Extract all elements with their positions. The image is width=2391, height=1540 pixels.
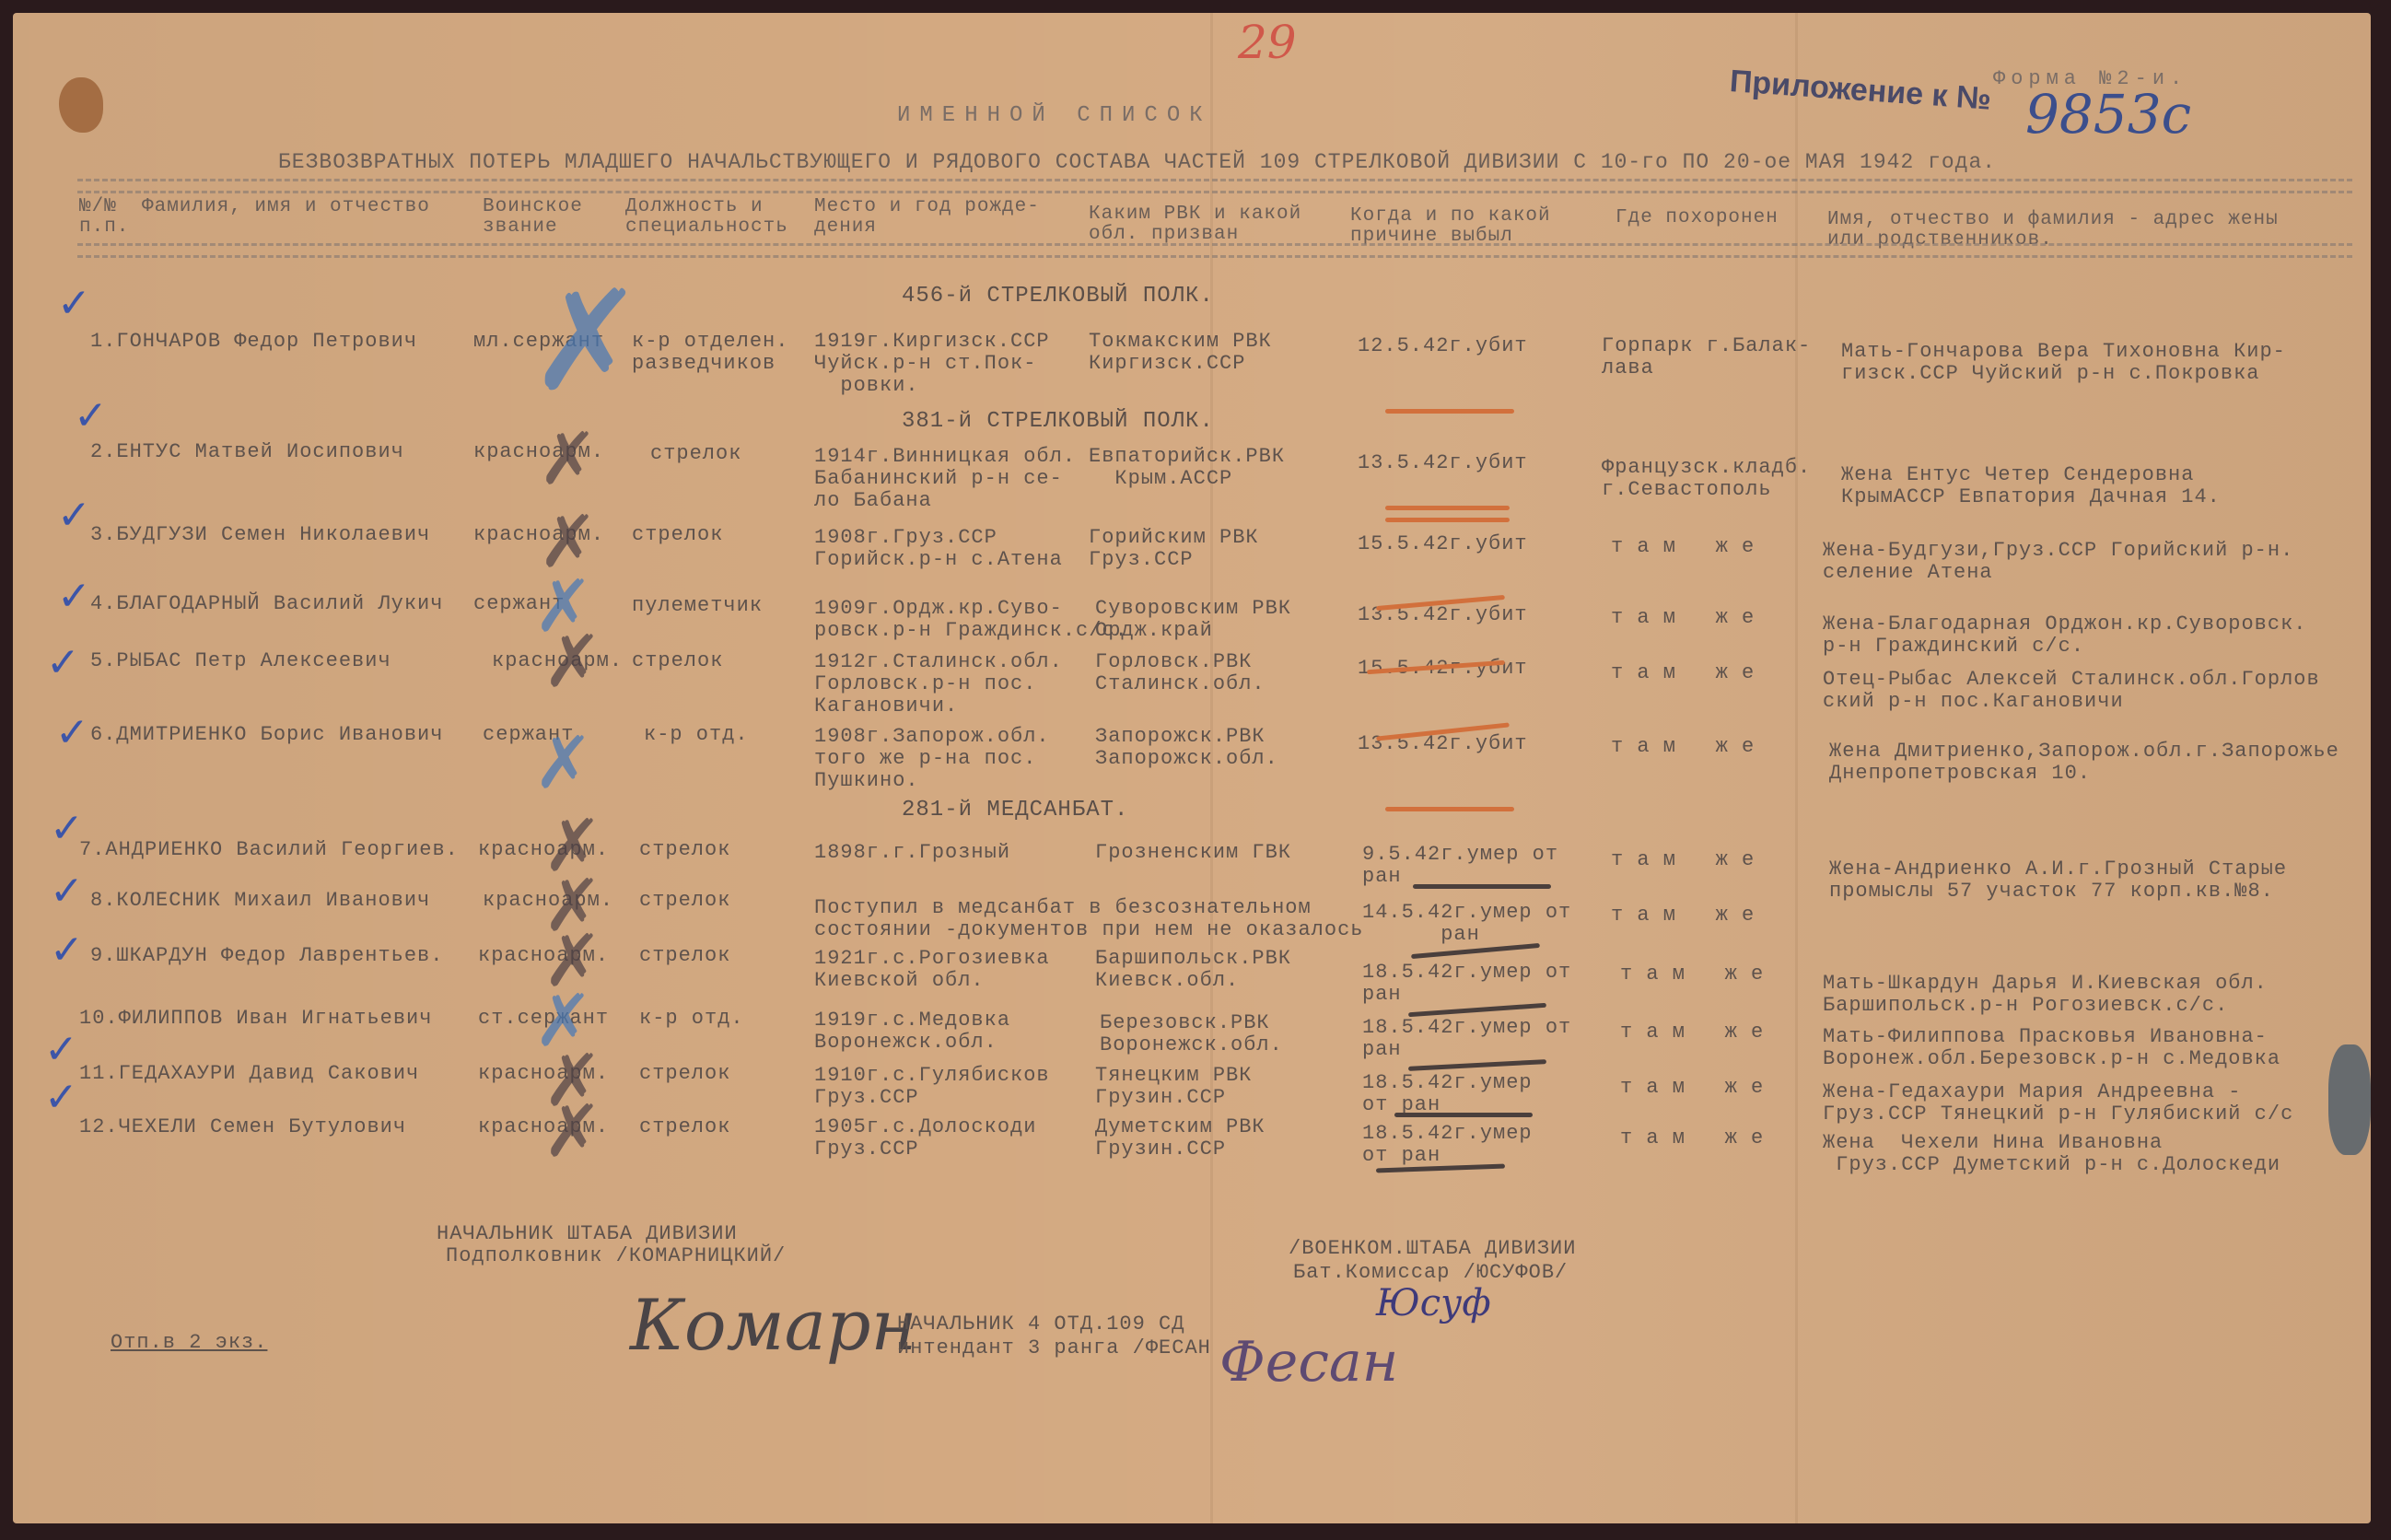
- cell-when: 15.5.42г.убит: [1358, 533, 1528, 555]
- checkmark-icon: ✓: [44, 1026, 78, 1073]
- cell-buried: т а м ж е: [1611, 607, 1755, 629]
- cell-birth: 1908г.Запорож.обл. того же р-на пос. Пуш…: [814, 726, 1050, 792]
- cell-position: к-р отд.: [639, 1008, 744, 1030]
- signature-commissar: Юсуф: [1376, 1282, 1491, 1324]
- section-title: 456-й СТРЕЛКОВЫЙ ПОЛК.: [902, 286, 1214, 308]
- pencil-underline: [1385, 807, 1514, 811]
- pencil-underline: [1408, 1059, 1546, 1071]
- cross-mark-icon: ✗: [533, 722, 593, 805]
- col-header-rank: Воинское звание: [483, 197, 583, 238]
- cell-buried: т а м ж е: [1611, 904, 1755, 927]
- cell-rvk: Токмакским РВК Киргизск.ССР: [1089, 331, 1272, 375]
- cell-name: 12.ЧЕХЕЛИ Семен Бутулович: [79, 1116, 406, 1138]
- cell-buried: т а м ж е: [1611, 536, 1755, 558]
- commissar-title: /ВОЕНКОМ.ШТАБА ДИВИЗИИ: [1289, 1238, 1576, 1260]
- cell-position: стрелок: [639, 1116, 730, 1138]
- checkmark-icon: ✓: [50, 805, 84, 852]
- cell-name: 10.ФИЛИППОВ Иван Игнатьевич: [79, 1008, 432, 1030]
- appendix-label: Приложение к №: [1729, 70, 1991, 111]
- cell-birth: 1910г.с.Гулябисков Груз.ССР: [814, 1065, 1050, 1109]
- col-header-number: №/№ п.п.: [79, 197, 129, 238]
- cross-mark-icon: ✗: [529, 262, 645, 422]
- pencil-underline: [1394, 1113, 1533, 1117]
- signature-chief-4th-dept: Фесан: [1219, 1330, 1398, 1394]
- cell-buried: т а м ж е: [1611, 662, 1755, 684]
- cell-rvk: Запорожск.РВК Запорожск.обл.: [1095, 726, 1278, 770]
- cell-position: пулеметчик: [632, 595, 763, 617]
- pencil-underline: [1385, 409, 1514, 414]
- paper-stain: [59, 77, 103, 133]
- cell-buried: т а м ж е: [1620, 1021, 1764, 1044]
- cell-birth: 1905г.с.Долоскоди Груз.ССР: [814, 1116, 1036, 1161]
- cell-birth: 1919г.с.Медовка Воронежск.обл.: [814, 1009, 1010, 1054]
- cell-name: 3.БУДГУЗИ Семен Николаевич: [90, 524, 430, 546]
- checkmark-icon: ✓: [44, 1074, 78, 1121]
- cell-buried: т а м ж е: [1620, 1127, 1764, 1149]
- cross-mark-icon: ✗: [542, 621, 602, 704]
- col-header-rvk: Каким РВК и какой обл. призван: [1089, 204, 1301, 245]
- cell-rvk: Думетским РВК Грузин.ССР: [1095, 1116, 1265, 1161]
- copies-note: Отп.в 2 экз.: [111, 1332, 267, 1354]
- document-sheet: 29 Форма №2-и. Приложение к № 9853с ИМЕН…: [13, 13, 2371, 1523]
- cell-birth: Поступил в медсанбат в безсознательном с…: [814, 897, 1364, 941]
- section-title: 381-й СТРЕЛКОВЫЙ ПОЛК.: [902, 411, 1214, 433]
- cell-position: к-р отд.: [644, 724, 749, 746]
- paper-fold: [1795, 13, 1798, 1523]
- cell-buried: Французск.кладб. г.Севастополь: [1602, 457, 1811, 501]
- chief-of-staff-name: Подполковник /КОМАРНИЦКИЙ/: [446, 1245, 786, 1267]
- cell-when: 18.5.42г.умер от ран: [1362, 1072, 1533, 1116]
- cell-when: 18.5.42г.умер от ран: [1362, 1017, 1571, 1061]
- cell-birth: 1919г.Киргизск.ССР Чуйск.р-н ст.Пок- ров…: [814, 331, 1050, 397]
- col-header-buried: Где похоронен: [1615, 208, 1779, 228]
- cell-buried: Горпарк г.Балак- лава: [1602, 335, 1811, 379]
- cell-relatives: Жена-Благодарная Орджон.кр.Суворовск. р-…: [1823, 613, 2306, 658]
- ink-blot: [2328, 1044, 2371, 1155]
- section-title: 281-й МЕДСАНБАТ.: [902, 799, 1128, 822]
- cell-relatives: Жена Ентус Четер Сендеровна КрымАССР Евп…: [1841, 464, 2221, 508]
- cell-name: 5.РЫБАС Петр Алексеевич: [90, 650, 391, 672]
- col-header-position: Должность и специальность: [625, 197, 788, 238]
- checkmark-icon: ✓: [55, 709, 89, 756]
- cell-position: стрелок: [632, 524, 723, 546]
- cell-position: стрелок: [639, 890, 730, 912]
- cell-relatives: Жена-Андриенко А.И.г.Грозный Старые пром…: [1829, 858, 2287, 903]
- cell-position: к-р отделен. разведчиков: [632, 331, 788, 375]
- chief-of-staff-title: НАЧАЛЬНИК ШТАБА ДИВИЗИИ: [437, 1223, 738, 1245]
- cell-rvk: Грозненским ГВК: [1095, 842, 1291, 864]
- cell-relatives: Жена-Будгузи,Груз.ССР Горийский р-н. сел…: [1823, 540, 2293, 584]
- cell-buried: т а м ж е: [1611, 736, 1755, 758]
- cell-relatives: Жена Дмитриенко,Запорож.обл.г.Запорожье …: [1829, 741, 2339, 785]
- cell-relatives: Жена Чехели Нина Ивановна Груз.ССР Думет…: [1823, 1132, 2280, 1176]
- cell-position: стрелок: [639, 1063, 730, 1085]
- cell-birth: 1912г.Сталинск.обл. Горловск.р-н пос. Ка…: [814, 651, 1063, 717]
- col-header-name: Фамилия, имя и отчество: [142, 197, 430, 217]
- cell-relatives: Мать-Шкардун Дарья И.Киевская обл. Барши…: [1823, 973, 2268, 1017]
- cell-rvk: Баршипольск.РВК Киевск.обл.: [1095, 948, 1291, 992]
- pencil-underline: [1385, 506, 1510, 510]
- cell-position: стрелок: [632, 650, 723, 672]
- cell-relatives: Жена-Гедахаури Мария Андреевна - Груз.СС…: [1823, 1081, 2293, 1126]
- commissar-name: Бат.Комиссар /ЮСУФОВ/: [1293, 1262, 1568, 1284]
- checkmark-icon: ✓: [74, 392, 108, 439]
- checkmark-icon: ✓: [57, 492, 91, 539]
- cell-birth: 1898г.г.Грозный: [814, 842, 1010, 864]
- cell-birth: 1921г.с.Рогозиевка Киевской обл.: [814, 948, 1050, 992]
- cell-buried: т а м ж е: [1611, 849, 1755, 871]
- cell-when: 18.5.42г.умер от ран: [1362, 1123, 1533, 1167]
- pencil-underline: [1413, 884, 1551, 889]
- cell-rvk: Березовск.РВК Воронежск.обл.: [1100, 1012, 1283, 1056]
- cell-buried: т а м ж е: [1620, 1077, 1764, 1099]
- chief-4th-dept-name: интендант 3 ранга /ФЕСАН: [897, 1337, 1211, 1359]
- cell-when: 9.5.42г.умер от ран: [1362, 844, 1558, 888]
- cross-mark-icon: ✗: [538, 418, 598, 501]
- cell-when: 13.5.42г.убит: [1358, 452, 1528, 474]
- checkmark-icon: ✓: [46, 639, 80, 686]
- cell-rvk: Горийским РВК Груз.ССР: [1089, 527, 1259, 571]
- header-rule-bottom: [77, 243, 2352, 258]
- cross-mark-icon: ✗: [542, 1091, 602, 1173]
- pencil-underline: [1385, 518, 1510, 522]
- cell-when: 14.5.42г.умер от ран: [1362, 902, 1571, 946]
- cell-name: 6.ДМИТРИЕНКО Борис Иванович: [90, 724, 443, 746]
- cell-name: 1.ГОНЧАРОВ Федор Петрович: [90, 331, 417, 353]
- cell-relatives: Мать-Филиппова Прасковья Ивановна- Ворон…: [1823, 1026, 2280, 1070]
- cell-rvk: Тянецким РВК Грузин.ССР: [1095, 1065, 1252, 1109]
- checkmark-icon: ✓: [50, 927, 84, 974]
- header-rule-top: [77, 179, 2352, 193]
- cell-name: 2.ЕНТУС Матвей Иосипович: [90, 441, 404, 463]
- col-header-birth: Место и год рожде- дения: [814, 197, 1040, 238]
- cell-rvk: Суворовским РВК Ордж.край: [1095, 598, 1291, 642]
- cell-position: стрелок: [639, 945, 730, 967]
- cell-name: 9.ШКАРДУН Федор Лаврентьев.: [90, 945, 443, 967]
- cell-name: 7.АНДРИЕНКО Василий Георгиев.: [79, 839, 459, 861]
- cell-buried: т а м ж е: [1620, 963, 1764, 986]
- checkmark-icon: ✓: [57, 573, 91, 620]
- signature-chief-of-staff: Комарн: [630, 1284, 917, 1366]
- cell-name: 4.БЛАГОДАРНЫЙ Василий Лукич: [90, 593, 443, 615]
- document-subtitle: БЕЗВОЗВРАТНЫХ ПОТЕРЬ МЛАДШЕГО НАЧАЛЬСТВУ…: [278, 151, 1996, 173]
- cell-birth: 1908г.Груз.ССР Горийск.р-н с.Атена: [814, 527, 1063, 571]
- document-title: ИМЕННОЙ СПИСОК: [897, 105, 1212, 127]
- checkmark-icon: ✓: [57, 280, 91, 327]
- col-header-when: Когда и по какой причине выбыл: [1350, 206, 1551, 247]
- cell-name: 8.КОЛЕСНИК Михаил Иванович: [90, 890, 430, 912]
- cell-birth: 1909г.Ордж.кр.Суво- ровск.р-н Граждинск.…: [814, 598, 1128, 642]
- cell-name: 11.ГЕДАХАУРИ Давид Сакович: [79, 1063, 419, 1085]
- page-number-mark: 29: [1238, 31, 1297, 53]
- cell-rvk: Горловск.РВК Сталинск.обл.: [1095, 651, 1265, 695]
- cell-position: стрелок: [650, 443, 741, 465]
- cell-when: 12.5.42г.убит: [1358, 335, 1528, 357]
- cell-when: 18.5.42г.умер от ран: [1362, 962, 1571, 1006]
- cell-relatives: Отец-Рыбас Алексей Сталинск.обл.Горлов с…: [1823, 669, 2320, 713]
- chief-4th-dept-title: НАЧАЛЬНИК 4 ОТД.109 СД: [897, 1313, 1184, 1336]
- cell-position: стрелок: [639, 839, 730, 861]
- cell-rvk: Евпаторийск.РВК Крым.АССР: [1089, 446, 1285, 490]
- cell-relatives: Мать-Гончарова Вера Тихоновна Кир- гизск…: [1841, 341, 2286, 385]
- cell-birth: 1914г.Винницкая обл. Бабанинский р-н се-…: [814, 446, 1076, 512]
- checkmark-icon: ✓: [50, 868, 84, 915]
- appendix-number: 9853с: [2025, 103, 2191, 125]
